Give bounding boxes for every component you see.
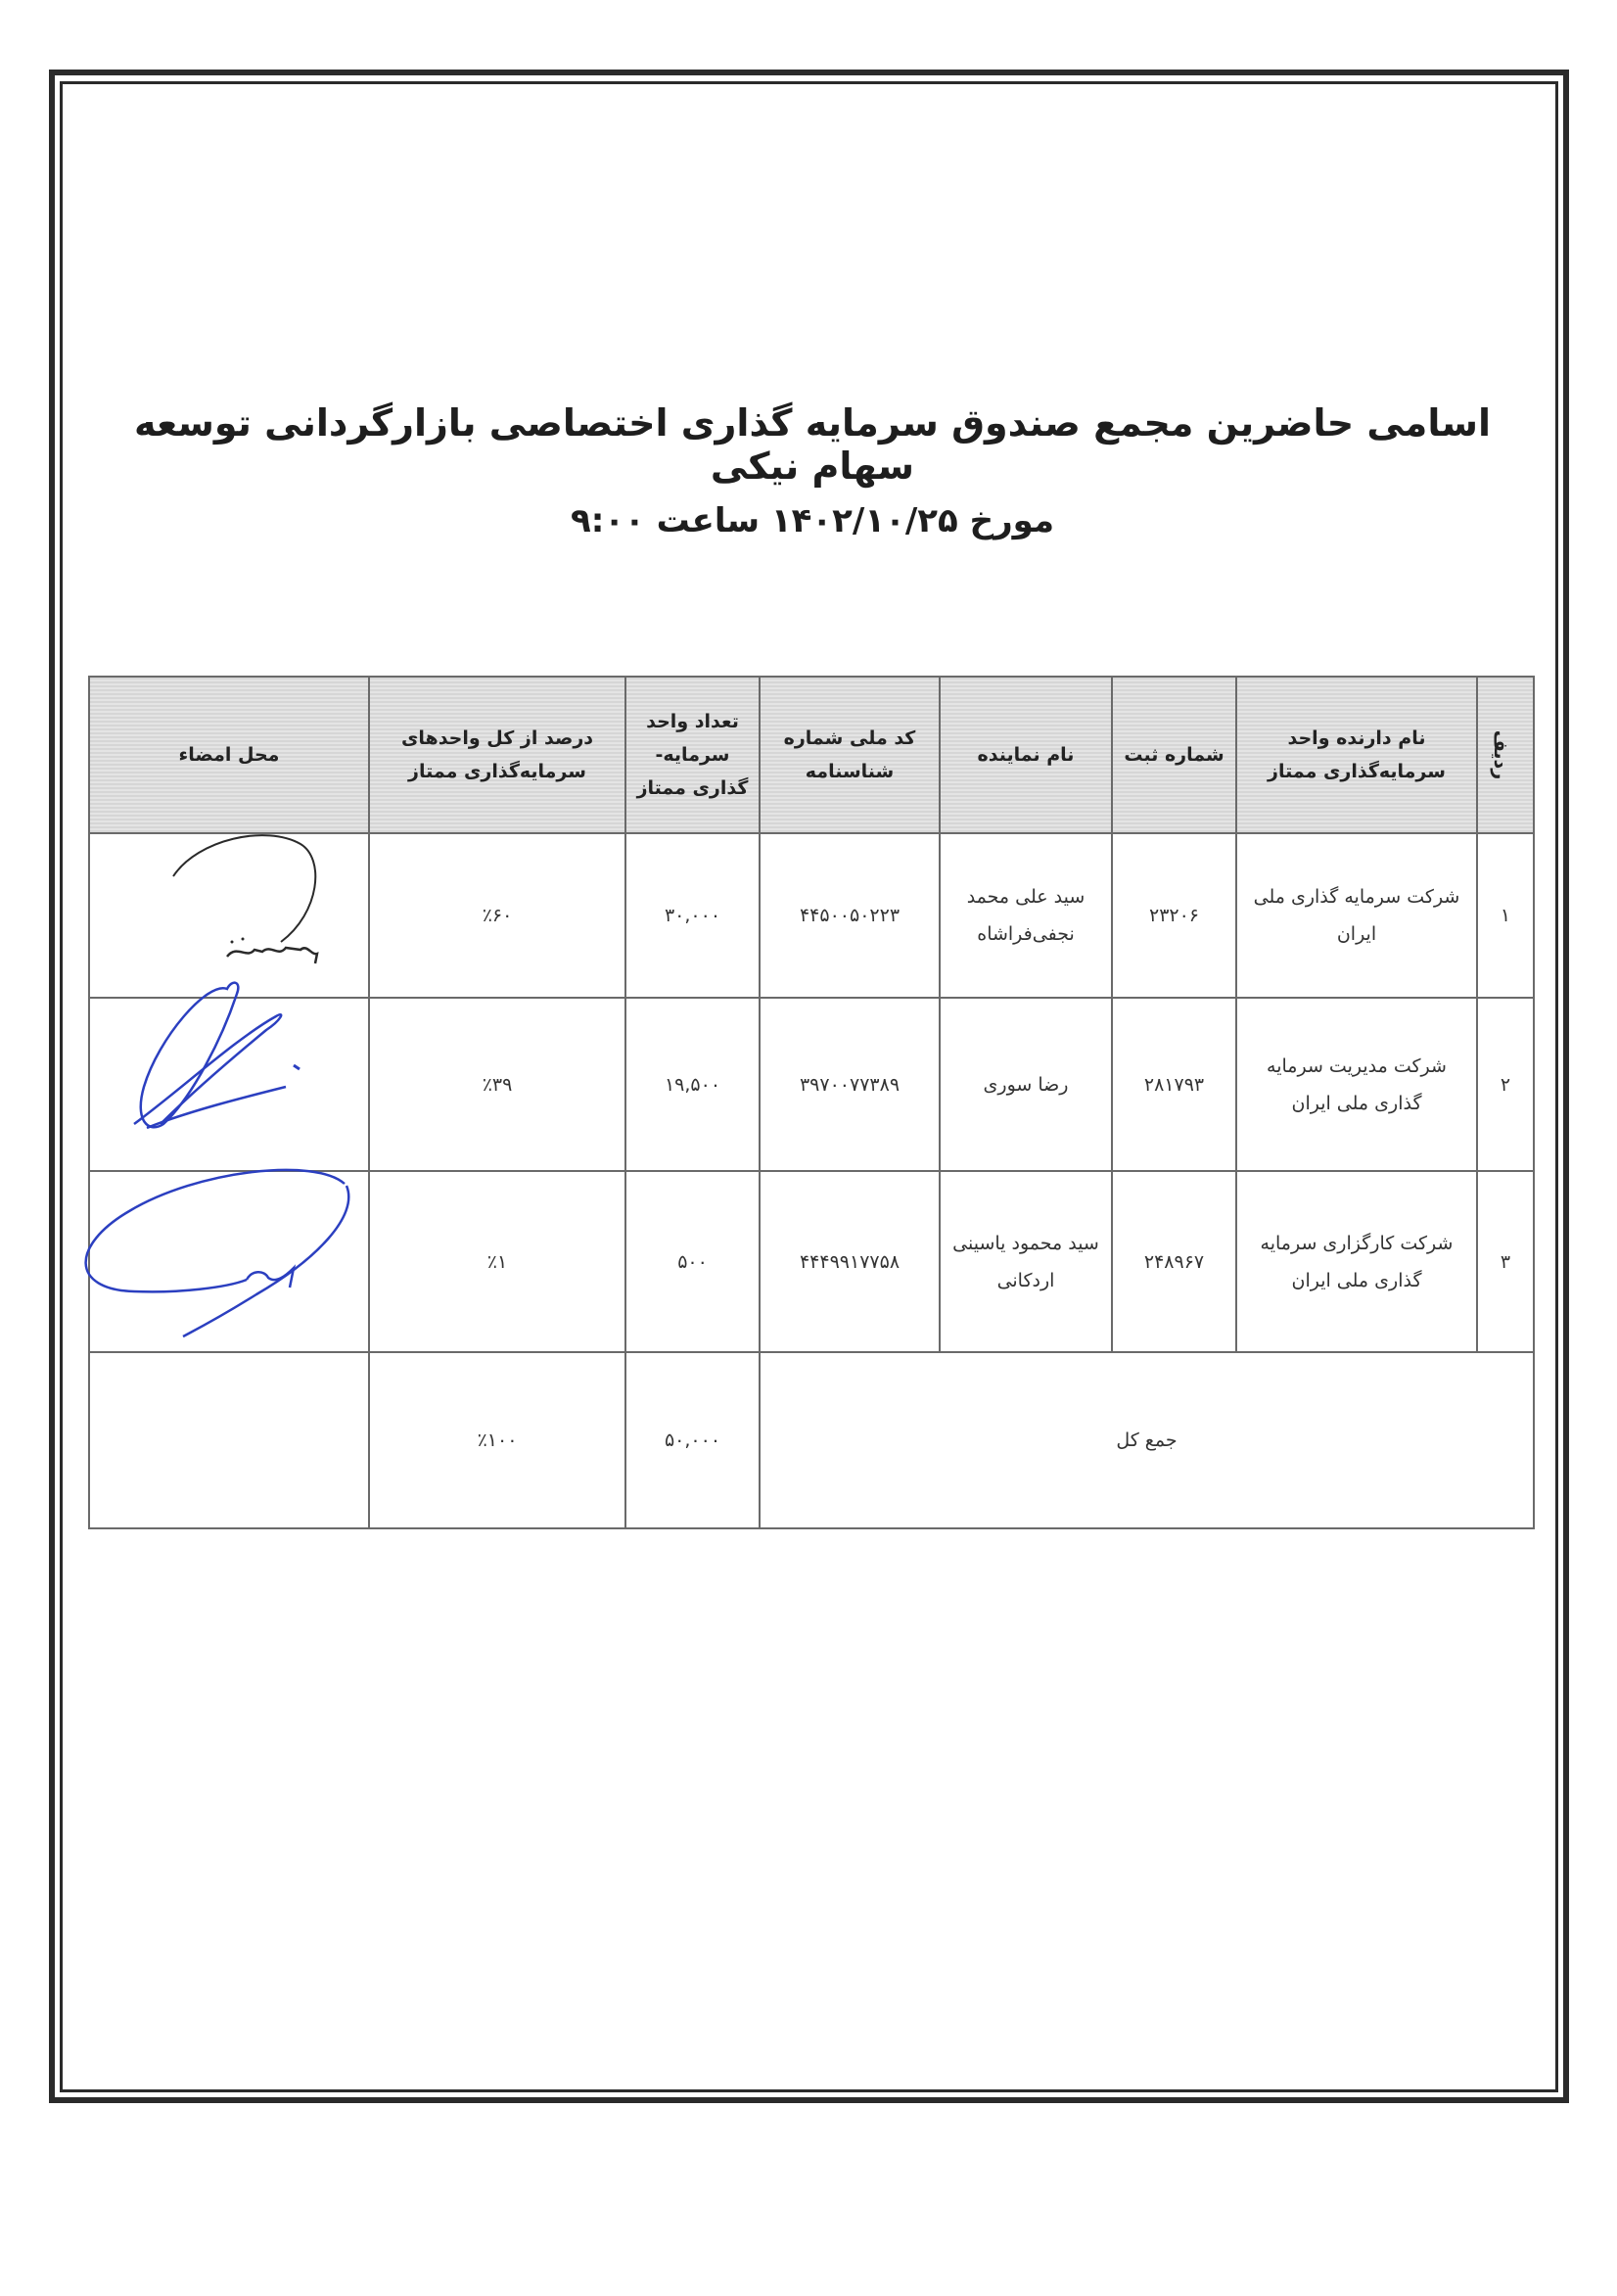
header-representative: نام نماینده: [940, 677, 1112, 833]
signature-cell: [89, 833, 369, 998]
cell-units: ۱۹,۵۰۰: [625, 998, 760, 1171]
attendees-table: ردیف نام دارنده واحد سرمایه‌گذاری ممتاز …: [88, 676, 1535, 1529]
signature-cell: [89, 1171, 369, 1352]
cell-row-no: ۱: [1477, 833, 1534, 998]
document-date: مورخ ۱۴۰۲/۱۰/۲۵ ساعت ۹:۰۰: [117, 501, 1507, 540]
cell-units: ۳۰,۰۰۰: [625, 833, 760, 998]
cell-representative: رضا سوری: [940, 998, 1112, 1171]
table-row: ۲ شرکت مدیریت سرمایه گذاری ملی ایران ۲۸۱…: [89, 998, 1534, 1171]
cell-representative: سید علی محمد نجفی‌فراشاه: [940, 833, 1112, 998]
cell-national-code: ۴۴۵۰۰۵۰۲۲۳: [760, 833, 940, 998]
cell-national-code: ۳۹۷۰۰۷۷۳۸۹: [760, 998, 940, 1171]
cell-percent: ٪۱: [369, 1171, 625, 1352]
cell-registration-no: ۲۴۸۹۶۷: [1112, 1171, 1236, 1352]
cell-total-signature: [89, 1352, 369, 1528]
cell-row-no: ۳: [1477, 1171, 1534, 1352]
header-row-no: ردیف: [1477, 677, 1534, 833]
cell-total-percent: ٪۱۰۰: [369, 1352, 625, 1528]
cell-percent: ٪۳۹: [369, 998, 625, 1171]
header-signature: محل امضاء: [89, 677, 369, 833]
cell-holder-name: شرکت مدیریت سرمایه گذاری ملی ایران: [1236, 998, 1477, 1171]
cell-holder-name: شرکت سرمایه گذاری ملی ایران: [1236, 833, 1477, 998]
cell-national-code: ۴۴۴۹۹۱۷۷۵۸: [760, 1171, 940, 1352]
cell-holder-name: شرکت کارگزاری سرمایه گذاری ملی ایران: [1236, 1171, 1477, 1352]
header-holder-name: نام دارنده واحد سرمایه‌گذاری ممتاز: [1236, 677, 1477, 833]
cell-total-label: جمع کل: [760, 1352, 1534, 1528]
signature-mark: [90, 834, 370, 999]
cell-units: ۵۰۰: [625, 1171, 760, 1352]
signature-mark: [90, 1172, 370, 1353]
cell-percent: ٪۶۰: [369, 833, 625, 998]
table-row: ۱ شرکت سرمایه گذاری ملی ایران ۲۳۲۰۶ سید …: [89, 833, 1534, 998]
signature-mark: [90, 999, 370, 1172]
cell-representative: سید محمود یاسینی اردکانی: [940, 1171, 1112, 1352]
cell-registration-no: ۲۳۲۰۶: [1112, 833, 1236, 998]
cell-row-no: ۲: [1477, 998, 1534, 1171]
cell-registration-no: ۲۸۱۷۹۳: [1112, 998, 1236, 1171]
table-header-row: ردیف نام دارنده واحد سرمایه‌گذاری ممتاز …: [89, 677, 1534, 833]
header-registration-no: شماره ثبت: [1112, 677, 1236, 833]
table-total-row: جمع کل ۵۰,۰۰۰ ٪۱۰۰: [89, 1352, 1534, 1528]
table-row: ۳ شرکت کارگزاری سرمایه گذاری ملی ایران ۲…: [89, 1171, 1534, 1352]
document-title: اسامی حاضرین مجمع صندوق سرمایه گذاری اخت…: [117, 401, 1507, 488]
signature-cell: [89, 998, 369, 1171]
header-percent: درصد از کل واحدهای سرمایه‌گذاری ممتاز: [369, 677, 625, 833]
cell-total-units: ۵۰,۰۰۰: [625, 1352, 760, 1528]
header-national-code: کد ملی شماره شناسنامه: [760, 677, 940, 833]
header-units: تعداد واحد سرمایه- گذاری ممتاز: [625, 677, 760, 833]
